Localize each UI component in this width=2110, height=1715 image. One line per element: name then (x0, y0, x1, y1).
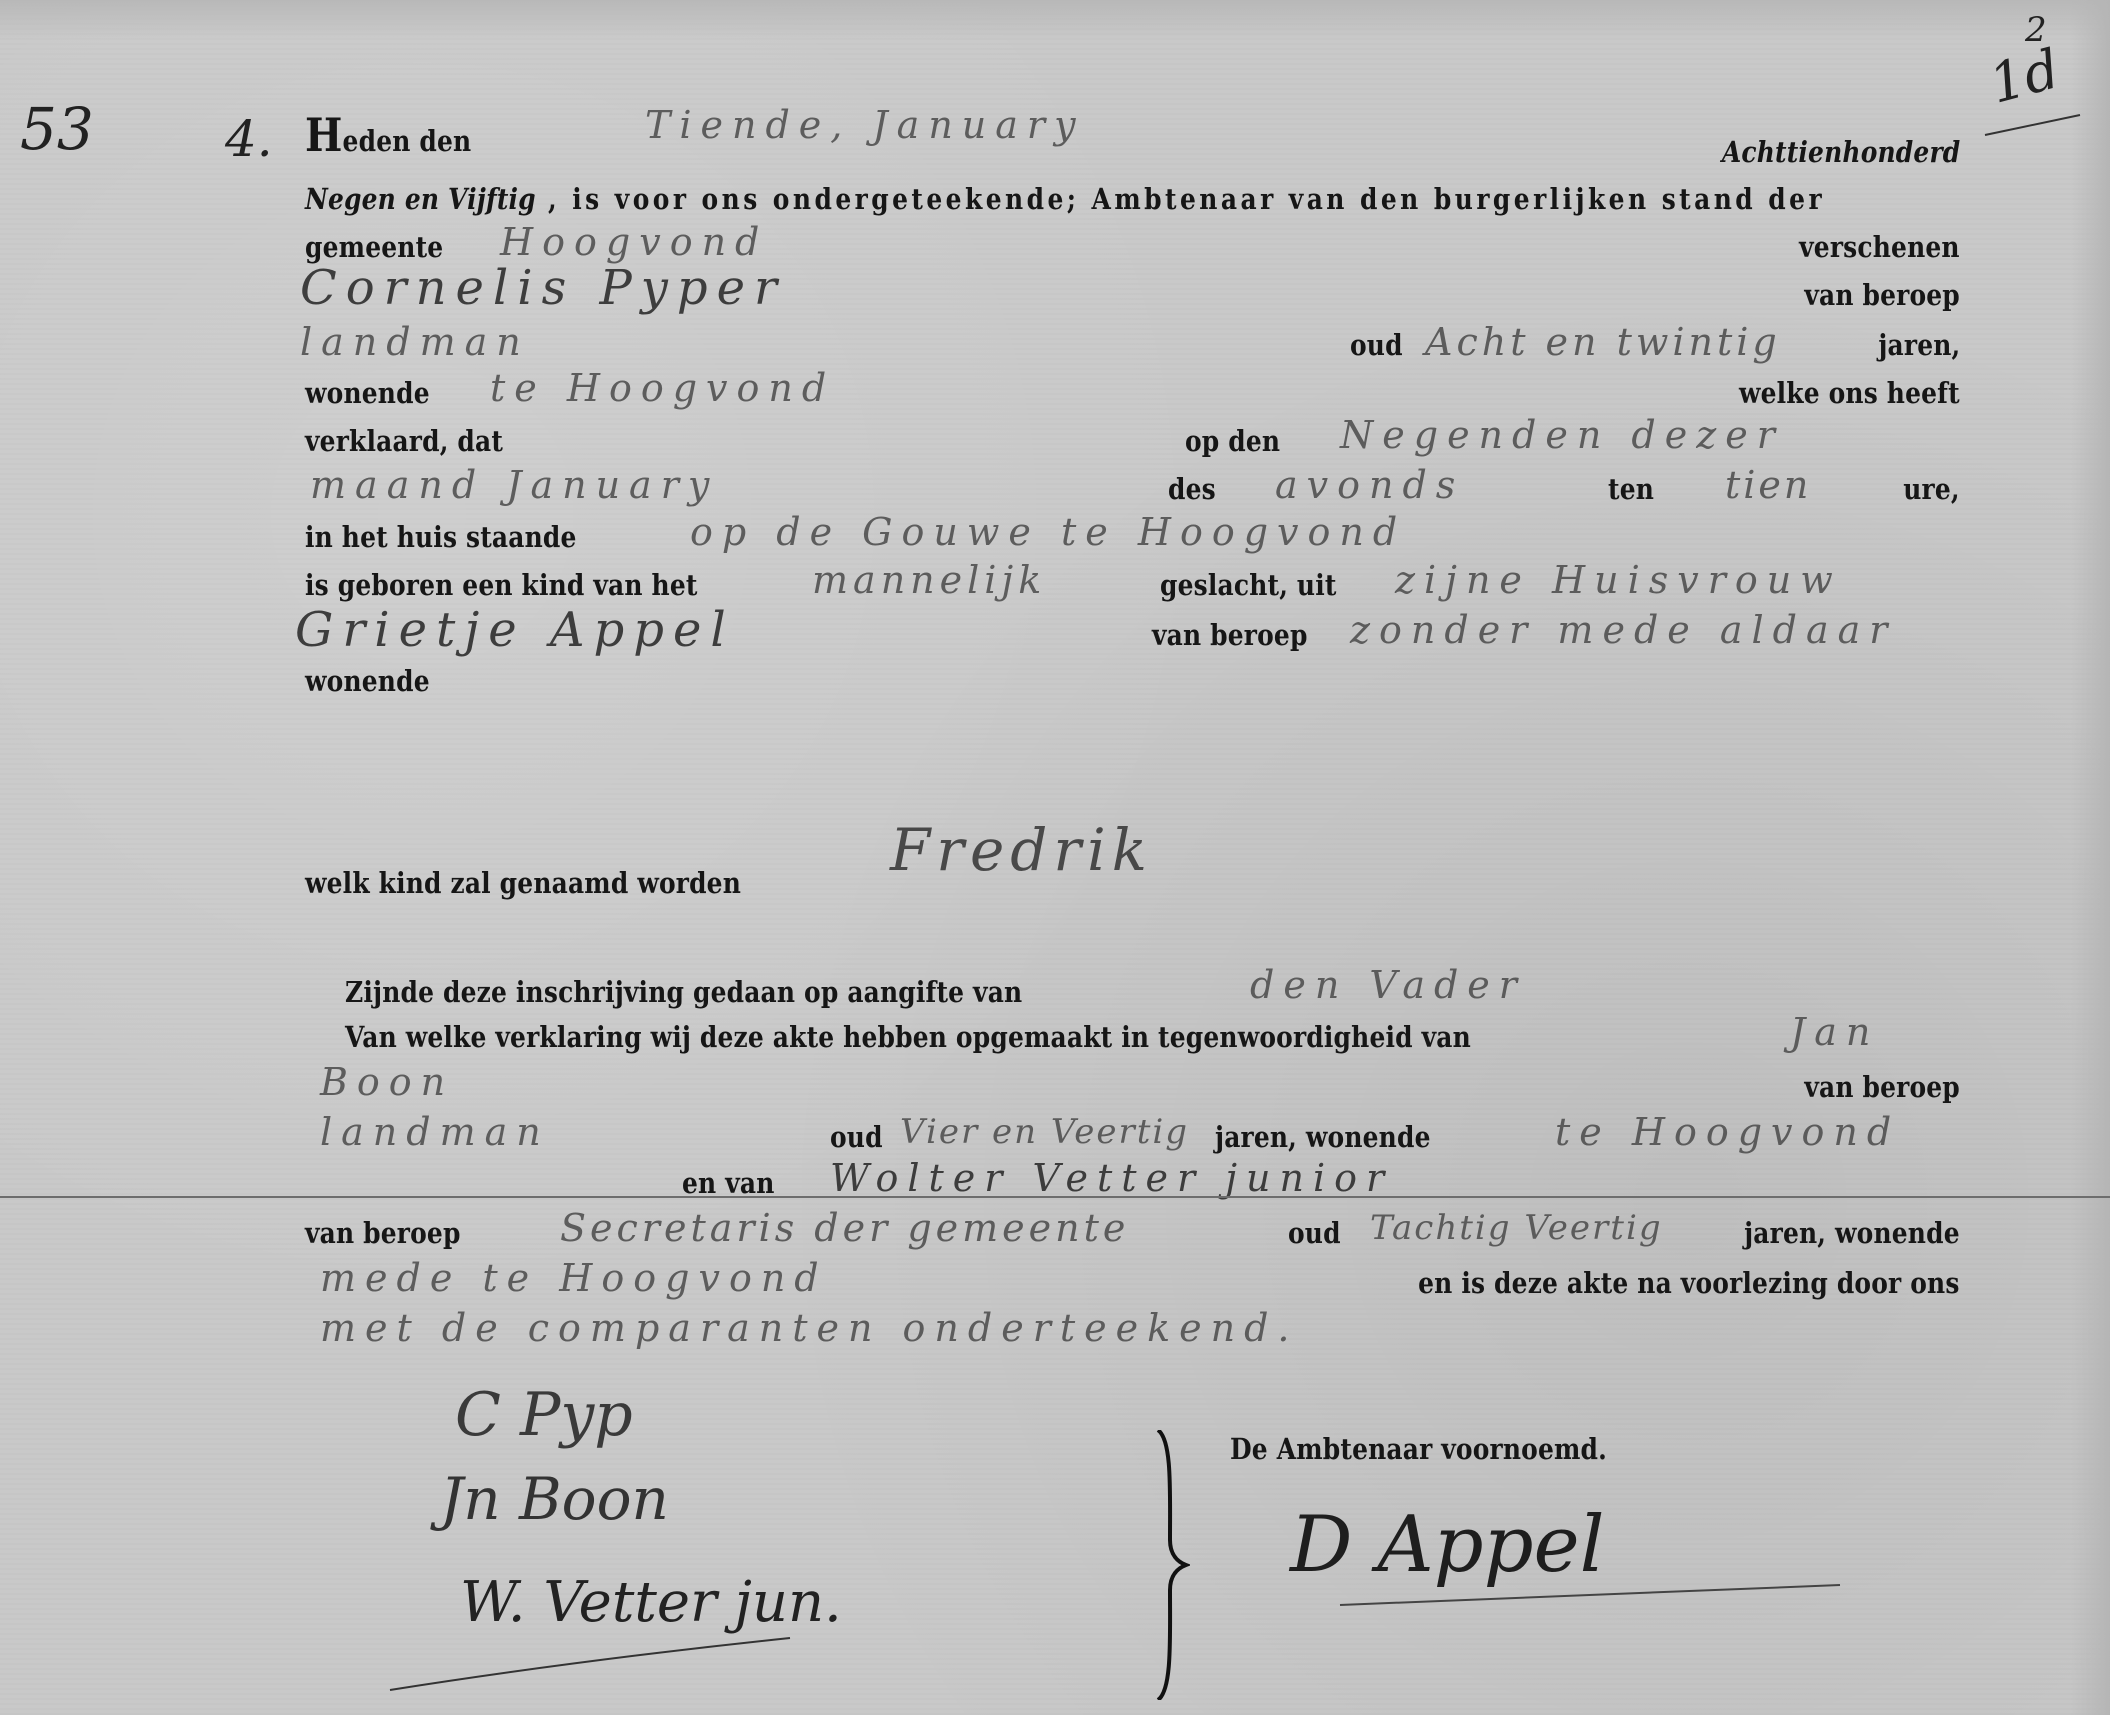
print-jaren-wonende-2: jaren, wonende (1744, 1216, 1960, 1250)
print-oud-3: oud (1288, 1216, 1341, 1250)
print-wonende-2: wonende (305, 664, 430, 698)
hand-date-day-month: Tiende, January (645, 105, 1085, 145)
print-voorlezing: en is deze akte na voorlezing door ons (1419, 1266, 1960, 1300)
official-underline (1330, 1570, 1850, 1610)
print-negen-en-vijftig: Negen en Vijftig (305, 182, 536, 216)
print-en-van: en van (682, 1166, 775, 1200)
curly-brace (1150, 1430, 1190, 1700)
hand-municipality: Hoogvond (500, 222, 768, 262)
print-van-beroep-3: van beroep (1804, 1070, 1960, 1104)
hand-witness1-surname: Boon (320, 1062, 454, 1102)
horizontal-rule (0, 1196, 2110, 1198)
print-van-beroep-2: van beroep (1152, 618, 1308, 652)
certificate-page: 53 4. 2 1d Heden den Tiende, January Ach… (0, 0, 2110, 1715)
hand-birth-month: maand January (310, 465, 718, 505)
print-wonende-1: wonende (305, 376, 430, 410)
print-geslacht-uit: geslacht, uit (1160, 568, 1337, 602)
hand-hour: tien (1725, 465, 1811, 505)
print-van-beroep-4: van beroep (305, 1216, 461, 1250)
hand-mother-occupation: zonder mede aldaar (1350, 610, 1896, 650)
hand-sex: mannelijk (812, 560, 1046, 600)
hand-signed-with-comparants: met de comparanten onderteekend. (320, 1308, 1299, 1348)
print-zijnde-inschrijving: Zijnde deze inschrijving gedaan op aangi… (345, 975, 1022, 1009)
hand-witness1-occupation: landman (320, 1112, 550, 1152)
hand-child-name: Fredrik (890, 830, 1153, 870)
hand-mother-name: Grietje Appel (295, 610, 735, 650)
hand-mother-relation: zijne Huisvrouw (1395, 560, 1842, 600)
top-right-mark: 1d (1983, 37, 2066, 116)
left-margin-number: 53 (20, 95, 94, 163)
print-is-geboren: is geboren een kind van het (305, 568, 698, 602)
heden-rest: eden den (343, 124, 472, 158)
print-welke-ons-heeft: welke ons heeft (1739, 376, 1960, 410)
signature-witness2: W. Vetter jun. (460, 1570, 842, 1635)
print-van-welke-verklaring: Van welke verklaring wij deze akte hebbe… (345, 1020, 1471, 1054)
witness2-underline (380, 1630, 800, 1700)
print-oud-2: oud (830, 1120, 883, 1154)
hand-declarant: den Vader (1250, 965, 1526, 1005)
hand-birth-day: Negenden dezer (1340, 415, 1784, 455)
signature-father: C Pyp (455, 1380, 633, 1450)
hand-father-residence: te Hoogvond (490, 368, 835, 408)
hand-time-of-day: avonds (1275, 465, 1464, 505)
print-heden-den: Heden den (305, 118, 471, 158)
signature-witness1: Jn Boon (440, 1465, 669, 1533)
print-verschenen: verschenen (1799, 230, 1960, 264)
dropcap-h: H (305, 108, 343, 162)
hand-witness2-name: Wolter Vetter junior (830, 1158, 1393, 1198)
hand-witness2-age: Tachtig Veertig (1370, 1208, 1663, 1248)
print-jaren-wonende-1: jaren, wonende (1215, 1120, 1431, 1154)
print-des: des (1168, 472, 1216, 506)
print-achttienhonderd: Achttienhonderd (1721, 135, 1960, 169)
print-verklaard-dat: verklaard, dat (305, 424, 503, 458)
scan-edge-right (2070, 0, 2110, 1715)
print-ten: ten (1608, 472, 1654, 506)
print-jaren-1: jaren, (1878, 328, 1960, 362)
print-in-het-huis-staande: in het huis staande (305, 520, 577, 554)
entry-number: 4. (225, 110, 273, 168)
top-right-underline (1980, 110, 2090, 140)
hand-birth-address: op de Gouwe te Hoogvond (690, 512, 1406, 552)
hand-father-name: Cornelis Pyper (300, 268, 786, 308)
hand-witness2-occupation: Secretaris der gemeente (560, 1208, 1129, 1248)
print-van-beroep-1: van beroep (1804, 278, 1960, 312)
hand-witness1-first: Jan (1790, 1012, 1879, 1052)
scan-edge-top (0, 0, 2110, 40)
print-oud-1: oud (1350, 328, 1403, 362)
hand-witness1-age: Vier en Veertig (900, 1112, 1189, 1152)
hand-witness2-residence: mede te Hoogvond (320, 1258, 828, 1298)
print-de-ambtenaar-voornoemd: De Ambtenaar voornoemd. (1230, 1432, 1607, 1466)
print-ure: ure, (1903, 472, 1960, 506)
hand-father-age: Acht en twintig (1425, 322, 1781, 362)
hand-witness1-residence: te Hoogvond (1555, 1112, 1900, 1152)
print-op-den: op den (1185, 424, 1280, 458)
hand-father-occupation: landman (300, 322, 530, 362)
print-ambtenaar-statement: , is voor ons ondergeteekende; Ambtenaar… (548, 182, 1825, 216)
print-gemeente: gemeente (305, 230, 443, 264)
print-welk-kind-genaamd: welk kind zal genaamd worden (305, 866, 741, 900)
